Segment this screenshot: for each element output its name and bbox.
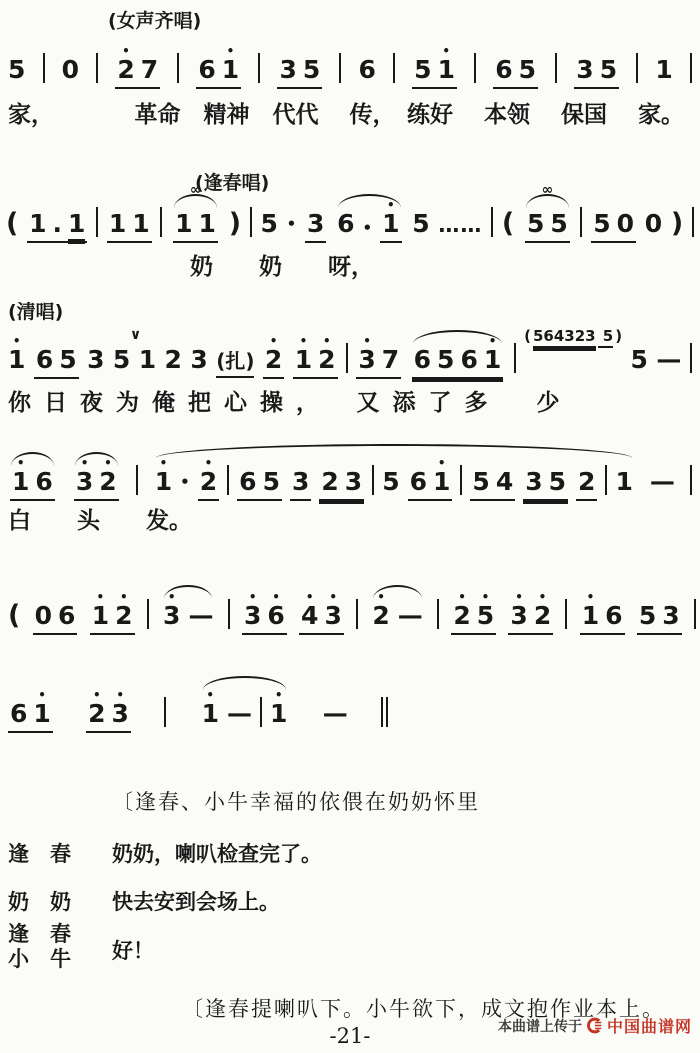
note: 5 <box>472 468 489 497</box>
note-digit: 1 <box>655 56 672 85</box>
note-digit: 2 <box>534 602 551 631</box>
beam-group: 6•1 <box>408 468 453 501</box>
speaker-name-top: 逢 春 <box>8 922 112 947</box>
note-digit: 6 <box>58 602 75 631</box>
beam-group: 3 <box>290 468 311 501</box>
beam-group: •1 <box>380 210 401 243</box>
note-digit: 3 <box>345 468 362 497</box>
barline <box>228 599 230 629</box>
note-digit: 1 <box>109 210 126 239</box>
slur: 656•1 <box>410 346 506 379</box>
octave-dot: • <box>249 591 257 603</box>
beam-group: 35 <box>277 56 322 89</box>
note-digit: 6 <box>35 468 52 497</box>
trill-ornament: ∞ <box>190 183 202 197</box>
note: •3 <box>112 700 129 729</box>
octave-dot: • <box>270 335 278 347</box>
watermark: 本曲谱上传于 中国曲谱网 <box>498 1014 692 1037</box>
breath-mark: ∨ <box>130 328 141 342</box>
beam-group: •2•5 <box>451 602 496 635</box>
note-digit: 3 <box>190 346 207 375</box>
note: •1 <box>202 700 219 729</box>
note: 6 <box>359 56 376 85</box>
parenthesis: ( <box>8 600 20 631</box>
octave-dot: • <box>587 591 595 603</box>
note-digit: 3 <box>662 602 679 631</box>
note-digit: 1 <box>433 468 450 497</box>
note: •1 <box>12 468 29 497</box>
beam-group: 35 <box>574 56 619 89</box>
dash-note: — <box>656 345 681 374</box>
note-digit: 5 <box>639 602 656 631</box>
note: •3 <box>76 468 93 497</box>
note: •2 <box>115 602 132 631</box>
note: 6 <box>605 602 622 631</box>
barline <box>258 53 260 83</box>
lyrics-line: 奶 奶 呀， <box>190 248 374 281</box>
note-digit: 7 <box>382 346 399 375</box>
note-digit: 3 <box>163 602 180 631</box>
note: 5 <box>519 56 536 85</box>
octave-dot: • <box>168 591 176 603</box>
note-digit: 2 <box>453 602 470 631</box>
barline <box>474 53 476 83</box>
octave-dot: • <box>275 689 283 701</box>
duration-dot: • <box>180 473 190 491</box>
note-digit: 3 <box>576 56 593 85</box>
note-digit: 2 <box>578 468 595 497</box>
note: •1 <box>222 56 239 85</box>
duration-dot: • <box>363 219 373 237</box>
note: 3 <box>292 468 309 497</box>
note-digit: 6 <box>495 56 512 85</box>
octave-dot: • <box>438 457 446 469</box>
vocal-part-label: (逢春唱) <box>195 168 269 195</box>
note: 5 <box>437 346 454 375</box>
vocal-part-label: (清唱) <box>8 297 63 324</box>
barline <box>692 207 694 237</box>
lyrics-line: 你日夜为俺把心操， 又添了多 少 <box>8 384 573 417</box>
note-digit: 3 <box>324 602 341 631</box>
note: 1 <box>68 210 85 239</box>
note-digit: 6 <box>410 468 427 497</box>
note: 5 <box>549 468 566 497</box>
note: •1 <box>33 700 50 729</box>
note: 6 <box>495 56 512 85</box>
parenthesis: ( <box>6 208 18 239</box>
grace-segment: 5 <box>598 327 614 348</box>
beam-group: •2 <box>198 468 219 501</box>
beam-group: 6•1 <box>8 700 53 733</box>
note: 6 <box>198 56 215 85</box>
note-digit: 2 <box>372 602 389 631</box>
note: •1 <box>433 468 450 497</box>
note-digit: . <box>52 210 62 239</box>
note-digit: 2 <box>318 346 335 375</box>
octave-dot: • <box>323 335 331 347</box>
note-digit: 0 <box>617 210 634 239</box>
note: 1 <box>109 210 126 239</box>
note: •5 <box>477 602 494 631</box>
dialogue-row: 奶 奶 快去安到会场上。 <box>8 886 280 916</box>
note-digit: 2 <box>265 346 282 375</box>
octave-dot: • <box>458 591 466 603</box>
note: 5 <box>382 468 399 497</box>
note-digit: 1 <box>382 210 399 239</box>
barline <box>580 207 582 237</box>
note: 6 <box>10 700 27 729</box>
octave-dot: • <box>38 689 46 701</box>
barline <box>437 599 439 629</box>
octave-dot: • <box>160 457 168 469</box>
note-digit: 1 <box>8 346 25 375</box>
dialogue-text: 奶奶，喇叭检查完了。 <box>112 838 322 868</box>
note: •2 <box>88 700 105 729</box>
sheet-music-page: (女声齐唱)50•276•13565•165351家， 革命 精神 代代 传， … <box>0 0 700 1053</box>
note: •3 <box>324 602 341 631</box>
slur: •16 <box>8 468 57 501</box>
beam-group: 23 <box>319 468 364 501</box>
note-digit: 6 <box>359 56 376 85</box>
grace-notes: (564323 5) <box>524 327 622 348</box>
notation-line: (1.111∞11)5•36••15……(∞55500) <box>6 202 694 243</box>
note: •2 <box>318 346 335 375</box>
slur: ∞55 <box>523 210 572 243</box>
barline <box>514 343 516 373</box>
slur: ∞11 <box>171 210 220 243</box>
note: 5 <box>550 210 567 239</box>
note-digit: 0 <box>62 56 79 85</box>
final-barline <box>381 697 388 727</box>
beam-group: •1•2 <box>90 602 135 635</box>
note-digit: 1 <box>582 602 599 631</box>
beam-group: •16 <box>10 468 55 501</box>
note-digit: 1 <box>484 346 501 375</box>
note-digit: 3 <box>76 468 93 497</box>
parenthesis: ) <box>671 208 683 239</box>
octave-dot: • <box>13 335 21 347</box>
note-digit: 3 <box>510 602 527 631</box>
note: 6 <box>35 468 52 497</box>
note: 5 <box>8 56 25 85</box>
note: . <box>52 210 62 239</box>
note-digit: 3 <box>525 468 542 497</box>
note: 1 <box>655 56 672 85</box>
note: •2 <box>534 602 551 631</box>
note-digit: 5 <box>414 56 431 85</box>
note: •1 <box>582 602 599 631</box>
note: 1 <box>199 210 216 239</box>
speaker-name: 逢 春 小 牛 <box>8 922 112 972</box>
barline <box>260 697 262 727</box>
note-digit: 5 <box>519 56 536 85</box>
speaker-name: 奶 奶 <box>8 886 112 916</box>
note: •2 <box>265 346 282 375</box>
note: •1 <box>270 700 287 729</box>
note-digit: 7 <box>141 56 158 85</box>
note: 1 <box>175 210 192 239</box>
continuation-dots: …… <box>438 213 482 237</box>
barline <box>96 53 98 83</box>
note-digit: 1 <box>438 56 455 85</box>
barline <box>460 465 462 495</box>
octave-dot: • <box>81 457 89 469</box>
octave-dot: • <box>17 457 25 469</box>
dialogue-row: 逢 春 小 牛 好！ <box>8 922 154 972</box>
note-digit: 6 <box>414 346 431 375</box>
note: •1 <box>382 210 399 239</box>
note-digit: 5 <box>382 468 399 497</box>
barline <box>250 207 252 237</box>
note-digit: 1 <box>29 210 46 239</box>
note-digit: 5 <box>113 346 130 375</box>
note-digit: 0 <box>645 210 662 239</box>
note-digit: 3 <box>279 56 296 85</box>
note-digit: 3 <box>244 602 261 631</box>
note: 2 <box>321 468 338 497</box>
note: 0 <box>35 602 52 631</box>
barline <box>690 53 692 83</box>
slur: •2— <box>370 601 424 631</box>
beam-group: 6•1 <box>196 56 241 89</box>
octave-dot: • <box>515 591 523 603</box>
note: 5 <box>527 210 544 239</box>
note-digit: 5 <box>437 346 454 375</box>
notation-line: •1653∨5123(扎)•2•1•2•37656•1(564323 5)5— <box>8 338 692 379</box>
beam-group: 1.1 <box>27 210 87 243</box>
octave-dot: • <box>482 591 490 603</box>
note: 5 <box>414 56 431 85</box>
note: 5 <box>261 210 278 239</box>
note-digit: 6 <box>337 210 354 239</box>
note: •1 <box>295 346 312 375</box>
beam-group: 656•1 <box>412 346 504 379</box>
note: •1 <box>8 346 25 375</box>
note-digit: 5 <box>527 210 544 239</box>
notation-line: (06•1•2•3—•3•6•4•3•2—•2•5•3•2•1653 <box>8 594 696 635</box>
speaker-name: 逢 春 <box>8 838 112 868</box>
beam-group: •3•6 <box>242 602 287 635</box>
beam-group: 65 <box>237 468 282 501</box>
note-digit: 6 <box>267 602 284 631</box>
barline <box>43 53 45 83</box>
barline <box>356 599 358 629</box>
note-digit: 6 <box>10 700 27 729</box>
barline <box>690 465 692 495</box>
note-digit: 1 <box>155 468 172 497</box>
octave-dot: • <box>377 591 385 603</box>
note-digit: 1 <box>615 468 632 497</box>
note: •1 <box>92 602 109 631</box>
beam-group: 54 <box>470 468 515 501</box>
note-digit: 1 <box>199 210 216 239</box>
note: •2 <box>99 468 116 497</box>
note-digit: 6 <box>36 346 53 375</box>
dialogue-text: 好！ <box>112 935 154 972</box>
note-digit: 2 <box>321 468 338 497</box>
note: •1 <box>155 468 172 497</box>
beam-group: •1•2 <box>293 346 338 379</box>
barline <box>147 599 149 629</box>
note-digit: 5 <box>263 468 280 497</box>
note-digit: 2 <box>165 346 182 375</box>
note-digit: 5 <box>550 210 567 239</box>
note: •2 <box>453 602 470 631</box>
note-digit: 1 <box>12 468 29 497</box>
note: 3 <box>576 56 593 85</box>
duration-dot: • <box>287 215 297 233</box>
octave-dot: • <box>206 689 214 701</box>
note-digit: 5 <box>600 56 617 85</box>
lyrics-line: 白 头 发。 <box>8 502 192 535</box>
note: 5 <box>600 56 617 85</box>
note-digit: 3 <box>358 346 375 375</box>
note: •2 <box>200 468 217 497</box>
site-logo-icon <box>586 1017 603 1034</box>
note-digit: 6 <box>239 468 256 497</box>
lyrics-line: 家， 革命 精神 代代 传， 练好 本领 保国 家。 <box>8 96 684 129</box>
note-digit: 1 <box>295 346 312 375</box>
note-digit: 2 <box>99 468 116 497</box>
note: ∨5 <box>113 346 130 375</box>
note: 1 <box>29 210 46 239</box>
octave-dot: • <box>205 457 213 469</box>
barline <box>372 465 374 495</box>
note-digit: 6 <box>605 602 622 631</box>
octave-dot: • <box>227 45 235 57</box>
beam-group: 2 <box>576 468 597 501</box>
barline <box>694 599 696 629</box>
dash-note: — <box>650 467 675 496</box>
note-digit: 5 <box>549 468 566 497</box>
barline <box>690 343 692 373</box>
note: 5 <box>639 602 656 631</box>
note-digit: 6 <box>198 56 215 85</box>
barline <box>96 207 98 237</box>
beam-group: •16 <box>580 602 625 635</box>
octave-dot: • <box>93 689 101 701</box>
note: •2 <box>372 602 389 631</box>
beam-group: •27 <box>115 56 160 89</box>
beam-group: 06 <box>33 602 78 635</box>
note: 3 <box>190 346 207 375</box>
note-digit: 5 <box>59 346 76 375</box>
beam-group: 5•1 <box>412 56 457 89</box>
vocal-part-label: (女声齐唱) <box>108 6 201 33</box>
beam-group: •3•2 <box>74 468 119 501</box>
note: •3 <box>510 602 527 631</box>
note-digit: 1 <box>139 346 156 375</box>
note-digit: 5 <box>303 56 320 85</box>
note: 5 <box>412 210 429 239</box>
note-digit: 1 <box>270 700 287 729</box>
note-digit: 5 <box>477 602 494 631</box>
slur: •1—•1 <box>200 692 290 729</box>
octave-dot: • <box>120 591 128 603</box>
note-digit: 5 <box>472 468 489 497</box>
note: •3 <box>244 602 261 631</box>
note: •1 <box>438 56 455 85</box>
note: •3 <box>358 346 375 375</box>
note-digit: 1 <box>33 700 50 729</box>
beam-group: 11 <box>107 210 152 243</box>
octave-dot: • <box>122 45 130 57</box>
octave-dot: • <box>442 45 450 57</box>
note: 3 <box>87 346 104 375</box>
octave-dot: • <box>387 199 395 211</box>
octave-dot: • <box>116 689 124 701</box>
note: •2 <box>117 56 134 85</box>
note-digit: 6 <box>460 346 477 375</box>
barline <box>346 343 348 373</box>
dash-note: — <box>323 699 348 728</box>
note-digit: 2 <box>88 700 105 729</box>
octave-dot: • <box>539 591 547 603</box>
barline <box>565 599 567 629</box>
note-digit: 5 <box>8 56 25 85</box>
note: 5 <box>593 210 610 239</box>
trill-ornament: ∞ <box>542 183 554 197</box>
octave-dot: • <box>489 335 497 347</box>
slur: •1••26532356•1543521 <box>153 460 635 501</box>
barline <box>555 53 557 83</box>
grace-segment: ) <box>615 327 622 346</box>
note-digit: 1 <box>202 700 219 729</box>
note-digit: 4 <box>301 602 318 631</box>
note: 3 <box>279 56 296 85</box>
octave-dot: • <box>329 591 337 603</box>
note: 6 <box>460 346 477 375</box>
octave-dot: • <box>97 591 105 603</box>
note-digit: 0 <box>35 602 52 631</box>
barline <box>605 465 607 495</box>
notation-line: 50•276•13565•165351 <box>8 48 692 89</box>
note: 6 <box>414 346 431 375</box>
note: 5 <box>59 346 76 375</box>
note-digit: 5 <box>631 346 648 375</box>
dash-note: — <box>398 601 423 630</box>
note-digit: 5 <box>261 210 278 239</box>
note: 7 <box>382 346 399 375</box>
dash-note: — <box>188 601 213 630</box>
note-digit: 5 <box>593 210 610 239</box>
barline <box>164 697 166 727</box>
note: 0 <box>645 210 662 239</box>
watermark-site-name: 中国曲谱网 <box>607 1014 692 1037</box>
note: 3 <box>307 210 324 239</box>
note-digit: 1 <box>132 210 149 239</box>
octave-dot: • <box>363 335 371 347</box>
beam-group: •37 <box>356 346 401 379</box>
note: 2 <box>165 346 182 375</box>
beam-group: 35 <box>523 468 568 501</box>
speaker-name-bottom: 小 牛 <box>8 947 112 972</box>
note: 5 <box>263 468 280 497</box>
note: •1 <box>484 346 501 375</box>
barline <box>227 465 229 495</box>
note-digit: 3 <box>112 700 129 729</box>
beam-group: •2•3 <box>86 700 131 733</box>
note: •4 <box>301 602 318 631</box>
barline <box>160 207 162 237</box>
note: •3 <box>163 602 180 631</box>
word-note: (扎) <box>216 345 254 378</box>
barline <box>177 53 179 83</box>
note: 7 <box>141 56 158 85</box>
note-digit: 1 <box>222 56 239 85</box>
note-digit: 2 <box>117 56 134 85</box>
note-digit: 1 <box>92 602 109 631</box>
